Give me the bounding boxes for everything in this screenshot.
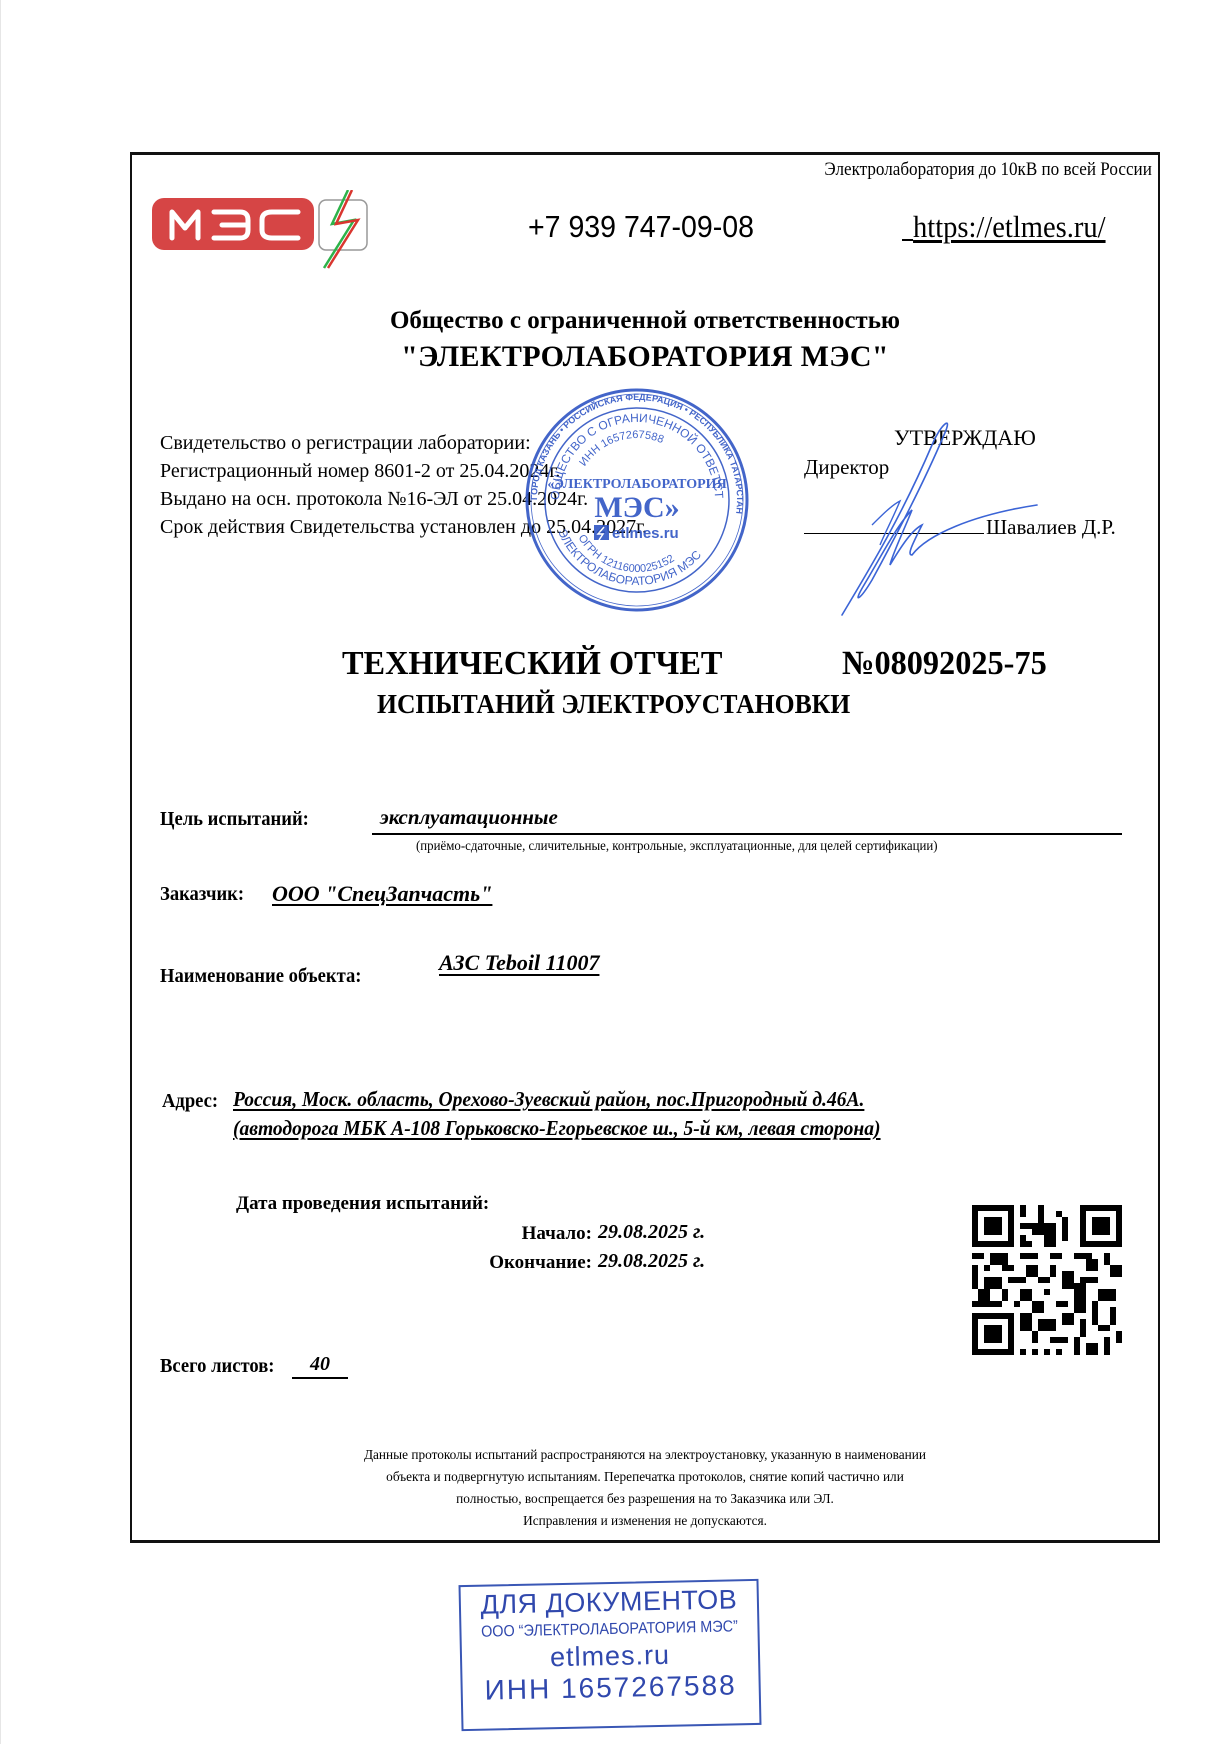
client-value: ООО "СпецЗапчасть" [272,881,492,907]
purpose-label: Цель испытаний: [160,808,309,831]
seal-site: etlmes.ru [612,525,679,542]
purpose-hint: (приёмо-сдаточные, сличительные, контрол… [416,839,938,855]
document-stamp: ДЛЯ ДОКУМЕНТОВ ООО “ЭЛЕКТРОЛАБОРАТОРИЯ М… [459,1579,762,1731]
disclaimer-line: Исправления и изменения не допускаются. [158,1511,1133,1533]
report-subtitle: ИСПЫТАНИЙ ЭЛЕКТРОУСТАНОВКИ [377,689,850,720]
report-number: №08092025-75 [842,645,1047,683]
disclaimer-line: объекта и подвергнутую испытаниям. Переп… [158,1467,1133,1489]
round-seal-icon: ГОРОД КАЗАНЬ • РОССИЙСКАЯ ФЕДЕРАЦИЯ • РЕ… [522,385,752,615]
company-logo [152,190,372,260]
company-type: Общество с ограниченной ответственностью [132,307,1158,335]
company-name: "ЭЛЕКТРОЛАБОРАТОРИЯ МЭС" [132,340,1158,374]
stamp-line-4: ИНН 1657267588 [462,1668,759,1708]
seal-name-line1: «ЭЛЕКТРОЛАБОРАТОРИЯ [547,477,726,492]
sheets-value: 40 [292,1353,348,1379]
disclaimer-line: Данные протоколы испытаний распространяю… [158,1445,1133,1467]
disclaimer-line: полностью, воспрещается без разрешения н… [158,1489,1133,1511]
address-label: Адрес: [162,1090,218,1113]
qr-code[interactable] [972,1205,1122,1355]
client-label: Заказчик: [160,883,244,906]
object-value: АЗС Teboil 11007 [439,950,599,976]
page-edge [0,0,1,1744]
qr-code-icon [972,1205,1122,1355]
purpose-value: эксплуатационные [380,805,558,830]
purpose-underline [372,833,1122,835]
address-line-1: Россия, Моск. область, Орехово-Зуевский … [233,1087,864,1112]
link-underline-lead [902,239,913,241]
end-date-value: 29.08.2025 г. [598,1250,705,1273]
company-seal: ГОРОД КАЗАНЬ • РОССИЙСКАЯ ФЕДЕРАЦИЯ • РЕ… [522,385,752,615]
phone-number[interactable]: +7 939 747-09-08 [528,209,754,245]
start-date-value: 29.08.2025 г. [598,1221,705,1244]
test-dates-label: Дата проведения испытаний: [236,1193,489,1215]
sheets-label: Всего листов: [160,1355,274,1378]
tagline: Электролаборатория до 10кВ по всей Росси… [825,159,1152,181]
end-date-label: Окончание: [489,1252,592,1274]
disclaimer: Данные протоколы испытаний распространяю… [132,1445,1158,1533]
seal-name-line2: МЭС» [594,491,679,524]
start-date-label: Начало: [522,1223,592,1245]
document-frame: Электролаборатория до 10кВ по всей Росси… [130,152,1160,1543]
website-link[interactable]: https://etlmes.ru/ [902,209,1106,245]
mes-logo-icon [152,190,372,270]
address-line-2: (автодорога МБК А-108 Горьковско-Егорьев… [233,1116,881,1141]
director-signature [812,405,1042,625]
website-text[interactable]: https://etlmes.ru/ [913,209,1106,244]
object-label: Наименование объекта: [160,965,361,988]
signature-icon [812,405,1042,625]
report-title: ТЕХНИЧЕСКИЙ ОТЧЕТ [342,645,722,683]
